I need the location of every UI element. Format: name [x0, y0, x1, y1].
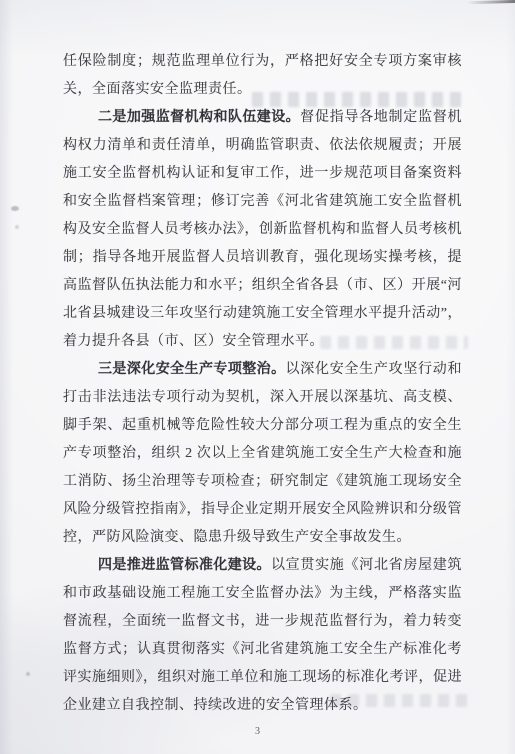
ink-speck: [26, 672, 30, 676]
text-line: 高监督队伍执法能力和水平；组织全省各县（市、区）开展“河: [63, 272, 462, 300]
text-line: 制；指导各地开展监督人员培训教育，强化现场实操考核，提: [63, 244, 462, 272]
page-number: 3: [0, 726, 515, 737]
show-through-mark: [320, 336, 468, 349]
text-line: 工消防、扬尘治理等专项检查；研究制定《建筑施工现场安全: [63, 468, 462, 496]
text-line: 北省县城建设三年攻坚行动建筑施工安全管理水平提升活动”，: [63, 300, 462, 328]
text-line: 监督方式；认真贯彻落实《河北省建筑施工安全生产标准化考: [63, 636, 462, 664]
text-line: 督流程，全面统一监督文书，进一步规范监督行为，着力转变: [63, 608, 462, 636]
show-through-mark: [330, 694, 468, 707]
text-line: 二是加强监督机构和队伍建设。督促指导各地制定监督机: [63, 104, 462, 132]
text-line: 评实施细则》，组织对施工单位和施工现场的标准化考评，促进: [63, 664, 462, 692]
text-line: 三是深化安全生产专项整治。以深化安全生产攻坚行动和: [63, 356, 462, 384]
text-line: 任保险制度；规范监理单位行为，严格把好安全专项方案审核: [63, 48, 462, 76]
text-line: 四是推进监管标准化建设。以宣贯实施《河北省房屋建筑: [63, 552, 462, 580]
ink-speck: [15, 225, 19, 229]
scanned-page: 任保险制度；规范监理单位行为，严格把好安全专项方案审核关，全面落实安全监理责任。…: [0, 0, 515, 754]
text-line: 控，严防风险演变、隐患升级导致生产安全事故发生。: [63, 524, 462, 552]
text-line: 施工安全监督机构认证和复审工作，进一步规范项目备案资料: [63, 160, 462, 188]
text-line: 打击非法违法专项行动为契机，深入开展以深基坑、高支模、: [63, 384, 462, 412]
text-line: 产专项整治，组织 2 次以上全省建筑施工安全生产大检查和施: [63, 440, 462, 468]
ink-speck: [11, 206, 19, 211]
text-line: 构权力清单和责任清单，明确监管职责、依法依规履责；开展: [63, 132, 462, 160]
text-line: 风险分级管控指南》，指导企业定期开展安全风险辨识和分级管: [63, 496, 462, 524]
text-line: 和市政基础设施工程施工安全监督办法》为主线，严格落实监: [63, 580, 462, 608]
text-line: 和安全监督档案管理；修订完善《河北省建筑施工安全监督机: [63, 188, 462, 216]
text-line: 脚手架、起重机械等危险性较大分部分项工程为重点的安全生: [63, 412, 462, 440]
document-body: 任保险制度；规范监理单位行为，严格把好安全专项方案审核关，全面落实安全监理责任。…: [63, 48, 462, 720]
text-line: 构及安全监督人员考核办法》，创新监督机构和监督人员考核机: [63, 216, 462, 244]
scan-corner-artifact: [467, 0, 515, 4]
show-through-mark: [252, 92, 462, 107]
